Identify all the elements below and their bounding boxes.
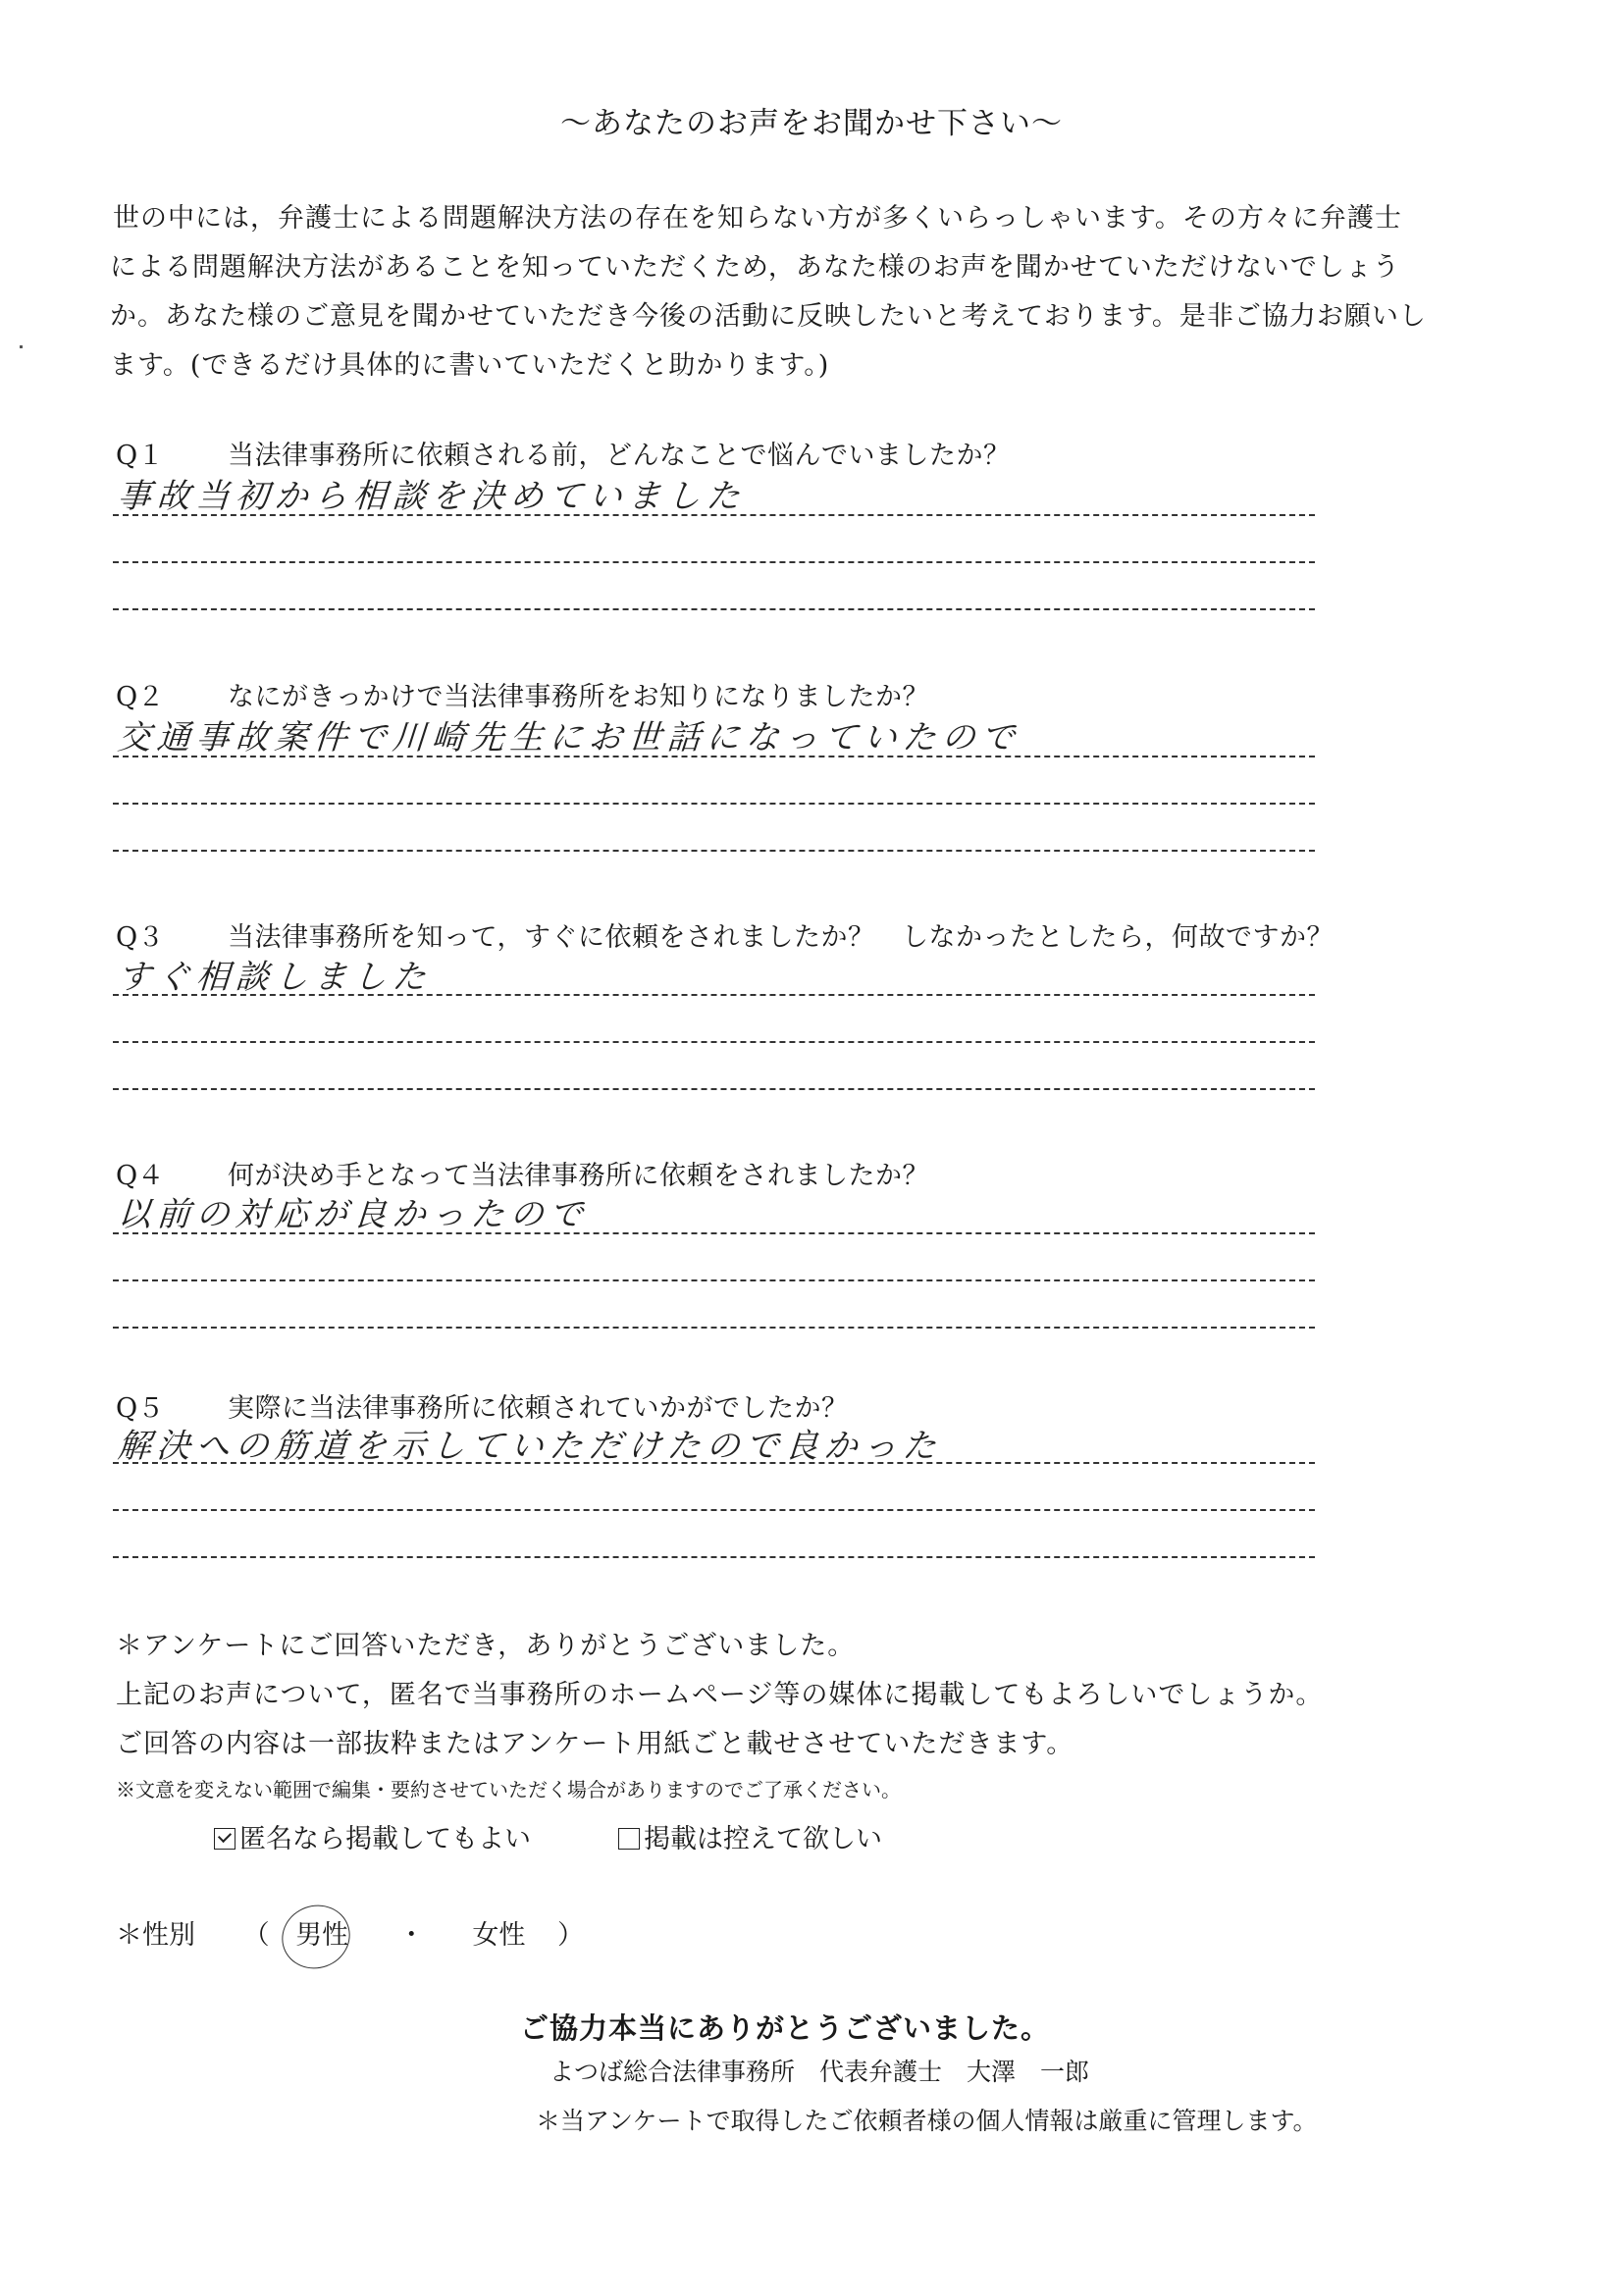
gender-field: ＊性別 （ 男性 ・ 女性 ）: [116, 1913, 584, 1952]
option-label: 匿名なら掲載してもよい: [239, 1824, 531, 1854]
open-paren: （: [243, 1913, 270, 1952]
answer-field[interactable]: すぐ相談しました: [116, 950, 433, 998]
consent-question: 上記のお声について，匿名で当事務所のホームページ等の媒体に掲載してもよろしいでし…: [116, 1673, 1323, 1711]
question-text: なにがきっかけで当法律事務所をお知りになりましたか？: [228, 675, 929, 713]
close-paren: ）: [557, 1913, 584, 1952]
answer-line: [113, 756, 1315, 757]
gender-option-female[interactable]: 女性: [472, 1913, 525, 1952]
option-label: 掲載は控えて欲しい: [644, 1824, 882, 1854]
question-label: Q２: [116, 675, 164, 713]
answer-line: [113, 803, 1315, 805]
answer-line: [113, 850, 1315, 852]
answer-field[interactable]: 解決への筋道を示していただけたので良かった: [116, 1419, 943, 1467]
answer-line: [113, 1088, 1315, 1090]
closing-thanks: ご協力本当にありがとうございました。: [520, 2007, 1050, 2047]
answer-line: [113, 1462, 1315, 1464]
answer-field[interactable]: 事故当初から相談を決めていました: [116, 469, 747, 517]
page-title: ～あなたのお声をお聞かせ下さい～: [0, 98, 1623, 142]
question-text: 当法律事務所を知って，すぐに依頼をされましたか？ しなかったとしたら，何故ですか…: [228, 915, 1334, 954]
answer-line: [113, 514, 1315, 516]
intro-line-3: か。あなた様のご意見を聞かせていただき今後の活動に反映したいと考えております。是…: [110, 294, 1427, 333]
intro-line-2: による問題解決方法があることを知っていただくため，あなた様のお声を聞かせていただ…: [110, 245, 1400, 284]
answer-line: [113, 1232, 1315, 1234]
intro-line-4: ます。(できるだけ具体的に書いていただくと助かります。): [110, 343, 829, 382]
answer-line: [113, 561, 1315, 563]
checkbox-empty-icon[interactable]: [618, 1828, 640, 1850]
consent-option-decline[interactable]: 掲載は控えて欲しい: [618, 1817, 882, 1855]
answer-line: [113, 994, 1315, 996]
answer-line: [113, 1556, 1315, 1558]
intro-line-1: 世の中には，弁護士による問題解決方法の存在を知らない方が多くいらっしゃいます。そ…: [113, 196, 1402, 235]
answer-line: [113, 1509, 1315, 1511]
privacy-notice: ＊当アンケートで取得したご依頼者様の個人情報は厳重に管理します。: [536, 2102, 1318, 2137]
edit-note: ※文意を変えない範囲で編集・要約させていただく場合がありますのでご了承ください。: [116, 1774, 901, 1802]
answer-field[interactable]: 以前の対応が良かったので: [116, 1187, 590, 1235]
question-text: 当法律事務所に依頼される前，どんなことで悩んでいましたか？: [228, 434, 1011, 472]
separator: ・: [398, 1913, 425, 1952]
answer-line: [113, 1279, 1315, 1281]
question-label: Q１: [116, 434, 164, 472]
thank-you-line: ＊アンケートにご回答いただき，ありがとうございました。: [116, 1624, 855, 1662]
scan-speck: [20, 345, 23, 348]
answer-line: [113, 608, 1315, 610]
gender-label: ＊性別: [116, 1913, 195, 1952]
checkbox-checked-icon[interactable]: [214, 1828, 236, 1850]
content-notice: ご回答の内容は一部抜粋またはアンケート用紙ごと載せさせていただきます。: [116, 1722, 1073, 1760]
answer-field[interactable]: 交通事故案件で川崎先生にお世話になっていたので: [116, 710, 1021, 758]
gender-option-male[interactable]: 男性: [295, 1913, 348, 1952]
answer-line: [113, 1327, 1315, 1329]
consent-option-anonymous[interactable]: 匿名なら掲載してもよい: [214, 1817, 531, 1855]
answer-line: [113, 1041, 1315, 1043]
question-label: Q３: [116, 915, 164, 954]
signature: よつば総合法律事務所 代表弁護士 大澤 一郎: [550, 2053, 1089, 2088]
